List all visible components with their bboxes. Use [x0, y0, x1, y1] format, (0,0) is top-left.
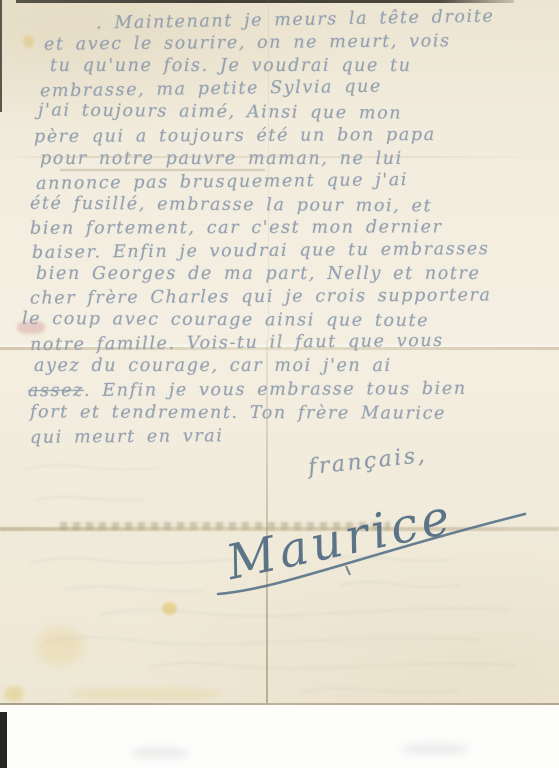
letter-line: annonce pas brusquement que j'ai — [36, 170, 408, 194]
letter-paper: . Maintenant je meurs la tête droiteet a… — [0, 0, 559, 705]
scan-smudge — [130, 747, 190, 759]
letter-line: qui meurt en vrai — [30, 426, 224, 448]
letter-scan: . Maintenant je meurs la tête droiteet a… — [0, 0, 559, 768]
scan-smudge — [400, 743, 470, 755]
letter-line: été fusillé, embrasse la pour moi, et — [30, 194, 432, 217]
scan-edge-bottom-left — [0, 712, 7, 768]
letter-line: et avec le sourire, on ne meurt, vois — [44, 31, 451, 55]
letter-line: tu qu'une fois. Je voudrai que tu — [50, 56, 412, 76]
letter-line: père qui a toujours été un bon papa — [34, 125, 436, 147]
letter-line: notre famille. Vois-tu il faut que vous — [30, 331, 444, 355]
letter-line: bien fortement, car c'est mon dernier — [30, 217, 443, 238]
letter-line: embrasse, ma petite Sylvia que — [40, 77, 382, 102]
letter-line: fort et tendrement. Ton frère Maurice — [30, 402, 446, 423]
letter-line: . Maintenant je meurs la tête droite — [96, 7, 495, 34]
letter-line: cher frère Charles qui je crois supporte… — [30, 285, 492, 308]
scan-background — [0, 705, 559, 768]
letter-line: pour notre pauvre maman, ne lui — [40, 149, 403, 169]
letter-line: baiser. Enfin je voudrai que tu embrasse… — [32, 239, 490, 263]
signature-tick — [346, 566, 350, 575]
letter-line: le coup avec courage ainsi que toute — [22, 309, 429, 331]
struck-word: assez — [28, 381, 84, 401]
letter-line: j'ai toujours aimé, Ainsi que mon — [38, 100, 402, 123]
letter-line: ayez du courage, car moi j'en ai — [34, 356, 392, 376]
letter-line: bien Georges de ma part, Nelly et notre — [36, 264, 480, 284]
signature-block: Maurice — [130, 476, 559, 626]
signature-text: Maurice — [221, 488, 459, 591]
letter-line: assez. Enfin je vous embrasse tous bien — [28, 379, 467, 401]
